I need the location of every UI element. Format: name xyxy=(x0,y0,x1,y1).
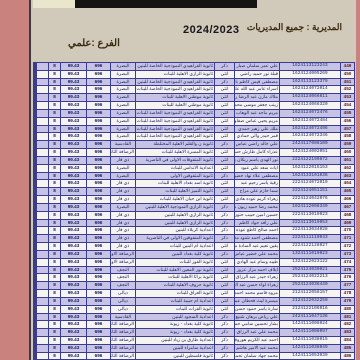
table-row: 4511624113123379مصطفى قيس كاظم باقرذكرثا… xyxy=(34,79,354,87)
cell-governorate: ديالى xyxy=(110,298,135,306)
cell-school: ثانوية براثا الاهلية للبنات xyxy=(135,274,214,282)
cell-gender: انثى xyxy=(214,196,234,204)
cell-exam_number: 2224124051151 xyxy=(279,188,340,196)
cell-blank xyxy=(37,71,48,79)
cell-blank xyxy=(37,329,48,337)
table-row: 4521624124072014اسراء عامر عبد الله عليا… xyxy=(34,86,354,94)
cell-blank xyxy=(37,79,48,87)
cell-name: محمد علي خضير عباس xyxy=(234,251,279,259)
cell-name: قبلة نور حميد راضي xyxy=(234,71,279,79)
cell-gender: ذكر xyxy=(214,227,234,235)
cell-school: ثانوية موطني الاهلية للبنات xyxy=(135,102,214,110)
cell-blank xyxy=(37,149,48,157)
cell-total: 696 xyxy=(86,329,110,337)
table-row: 4802124122106016سارة ياسر حمود حسنانثىثا… xyxy=(34,306,354,314)
cell-exam_number: 2224111110043 xyxy=(279,235,340,243)
cell-total: 696 xyxy=(86,86,110,94)
cell-extra: 8 xyxy=(48,267,60,275)
cell-name: رقية ياسر رحيم عبد xyxy=(234,180,279,188)
cell-serial: 468 xyxy=(340,212,354,220)
cell-school: اعدادية طارق بن زياد للبنين xyxy=(135,337,214,345)
cell-serial: 455 xyxy=(340,110,354,118)
table-row: 4631624133101036مصطفى علاء نهاد خضيرذكرث… xyxy=(34,173,354,181)
cell-extra: 8 xyxy=(48,259,60,267)
cell-serial: 473 xyxy=(340,251,354,259)
cell-governorate: ذي قار xyxy=(110,196,135,204)
cell-gender: انثى xyxy=(214,298,234,306)
cell-serial: 466 xyxy=(340,196,354,204)
cell-governorate: الرصافة الثانية xyxy=(110,337,135,345)
table-row: 4692224113019053علي رافد جواد كاظمذكرثان… xyxy=(34,220,354,228)
cell-school: ثانوية نور المعين الاهلية للبنات xyxy=(135,267,214,275)
cell-gender: انثى xyxy=(214,282,234,290)
table-row: 4541624124066320زينب جعفر موسى محمدانثىث… xyxy=(34,102,354,110)
cell-name: طيبه وسام عبد الهادي سلمان xyxy=(234,259,279,267)
cell-exam_number: 1424111038049 xyxy=(279,345,340,353)
cell-blank xyxy=(37,251,48,259)
cell-name: زينب جعفر موسى محمد xyxy=(234,102,279,110)
cell-school: اعدادية كربلاء للبنين xyxy=(135,227,214,235)
cell-school: ثانوية المتفوقات الاولى في الناصرية xyxy=(135,157,214,165)
cell-extra: 8 xyxy=(48,141,60,149)
cell-exam_number: 1624133101036 xyxy=(279,173,340,181)
cell-average: 99.43 xyxy=(60,220,86,228)
table-row: 4561624124072484مريم يحيى عباس صفاويانثى… xyxy=(34,118,354,126)
cell-serial: 462 xyxy=(340,165,354,173)
cell-average: 99.43 xyxy=(60,282,86,290)
cell-average: 99.43 xyxy=(60,251,86,259)
cell-governorate: البصرة xyxy=(110,63,135,71)
cell-governorate: الرصافة الاولى xyxy=(110,259,135,267)
results-page: المديرية : جميع المديريات 2024/2023 الفر… xyxy=(0,0,360,360)
cell-gender: انثى xyxy=(214,71,234,79)
cell-serial: 484 xyxy=(340,337,354,345)
cell-blank xyxy=(37,274,48,282)
cell-school: ثانوية التميز الاهلية للبنات xyxy=(135,188,214,196)
cell-average: 99.43 xyxy=(60,86,86,94)
cell-governorate: البصرة xyxy=(110,86,135,94)
cell-exam_number: 2524124022213 xyxy=(279,274,340,282)
cell-name: مصطفى احمد شنود مجارح xyxy=(234,235,279,243)
cell-blank xyxy=(37,196,48,204)
cell-governorate: ذي قار xyxy=(110,212,135,220)
cell-average: 99.43 xyxy=(60,141,86,149)
cell-serial: 451 xyxy=(340,79,354,87)
cell-serial: 474 xyxy=(340,259,354,267)
cell-total: 696 xyxy=(86,227,110,235)
cell-governorate: ذي قار xyxy=(110,227,135,235)
cell-serial: 485 xyxy=(340,345,354,353)
cell-serial: 469 xyxy=(340,220,354,228)
results-table: 4491624113123243علي عمر سلمان صبارذكرثان… xyxy=(33,62,355,360)
cell-name: اسراء عامر عبد الله علي xyxy=(234,86,279,94)
cell-name: ايلاف احمد مزار عزوز xyxy=(234,267,279,275)
cell-total: 696 xyxy=(86,274,110,282)
cell-exam_number: 2224113019053 xyxy=(279,220,340,228)
table-row: 4851424111038049محمد عبد الامير هاشم سكر… xyxy=(34,345,354,353)
cell-name: مروه قاسم محمد احمد xyxy=(234,290,279,298)
cell-serial: 483 xyxy=(340,329,354,337)
cell-extra: 8 xyxy=(48,329,60,337)
cell-average: 99.43 xyxy=(60,235,86,243)
cell-blank xyxy=(37,188,48,196)
cell-gender: انثى xyxy=(214,267,234,275)
branch-label: الفرع :علمي xyxy=(68,38,120,49)
cell-school: ثانوية موطني الاهلية للبنات xyxy=(135,94,214,102)
table-row: 4752524124030021ايلاف احمد مزار عزوزانثى… xyxy=(34,267,354,275)
cell-exam_number: 2524124036440 xyxy=(279,282,340,290)
cell-average: 99.43 xyxy=(60,188,86,196)
cell-extra: 8 xyxy=(48,282,60,290)
cell-gender: ذكر xyxy=(214,141,234,149)
cell-blank xyxy=(37,290,48,298)
cell-average: 99.43 xyxy=(60,353,86,360)
table-row: 4831424111008097محمد علي عبد الرزاق عبدذ… xyxy=(34,329,354,337)
cell-gender: انثى xyxy=(214,180,234,188)
cell-extra: 8 xyxy=(48,173,60,181)
cell-exam_number: 2424117008100 xyxy=(279,141,340,149)
cell-exam_number: 2124122106016 xyxy=(279,306,340,314)
cell-total: 696 xyxy=(86,196,110,204)
cell-gender: انثى xyxy=(214,243,234,251)
cell-extra: 8 xyxy=(48,235,60,243)
cell-school: ثانوية الفراهيدي النموذجية الخاصة للبنات xyxy=(135,86,214,94)
cell-school: ثانوية المسرة الاهلية للبنات xyxy=(135,149,214,157)
cell-exam_number: 1624124005269 xyxy=(279,71,340,79)
cell-average: 99.43 xyxy=(60,63,86,71)
cell-school: ثانوية الفرات للبنات xyxy=(135,306,214,314)
cell-exam_number: 1424111038015 xyxy=(279,337,340,345)
cell-average: 99.43 xyxy=(60,212,86,220)
table-row: 4642224124072019رقية ياسر رحيم عبدانثىثا… xyxy=(34,180,354,188)
cell-governorate: البصرة xyxy=(110,79,135,87)
cell-name: يقين نعيم عبد السادة محمد xyxy=(234,243,279,251)
cell-total: 696 xyxy=(86,126,110,134)
cell-gender: انثى xyxy=(214,274,234,282)
cell-governorate: البصرة xyxy=(110,102,135,110)
cell-exam_number: 2224113019023 xyxy=(279,212,340,220)
cell-exam_number: 1424124002051 xyxy=(279,149,340,157)
cell-total: 696 xyxy=(86,212,110,220)
cell-blank xyxy=(37,235,48,243)
cell-school: ثانوية ن والقلم الاهلية المختلطة xyxy=(135,141,214,149)
cell-blank xyxy=(37,306,48,314)
cell-school: ثانوية الرازي النموذجية الاهلية للبنين xyxy=(135,204,214,212)
cell-average: 99.43 xyxy=(60,204,86,212)
cell-blank xyxy=(37,321,48,329)
cell-school: اعدادية سامراء للبنين xyxy=(135,345,214,353)
table-row: 4501624124005269قبلة نور حميد راضيانثىثا… xyxy=(34,71,354,79)
cell-school: ثانوية الفوز للبنات xyxy=(135,259,214,267)
cell-governorate: القادسية xyxy=(110,141,135,149)
cell-blank xyxy=(37,180,48,188)
cell-extra: 8 xyxy=(48,337,60,345)
cell-exam_number: 2224113034028 xyxy=(279,227,340,235)
cell-serial: 453 xyxy=(340,94,354,102)
cell-name: قمر حيدر والي حمادي xyxy=(234,133,279,141)
cell-governorate: البصرة xyxy=(110,126,135,134)
cell-total: 696 xyxy=(86,204,110,212)
cell-extra: 8 xyxy=(48,94,60,102)
cell-exam_number: 2224124072019 xyxy=(279,180,340,188)
cell-school: اعدادية السجود للبنين xyxy=(135,314,214,322)
cell-extra: 8 xyxy=(48,133,60,141)
table-row: 4601424124002051عذراء كامل طارش حسينانثى… xyxy=(34,149,354,157)
cell-exam_number: 1324111019023 xyxy=(279,251,340,259)
table-row: 4682224113019023حسين امين حبيب حنونذكرثا… xyxy=(34,212,354,220)
table-row: 4722224122128027يقين نعيم عبد السادة محم… xyxy=(34,243,354,251)
table-row: 4531624124066611ملاك مازن عبد الرضا رمضا… xyxy=(34,94,354,102)
cell-extra: 8 xyxy=(48,314,60,322)
cell-blank xyxy=(37,133,48,141)
cell-serial: 458 xyxy=(340,133,354,141)
cell-extra: 8 xyxy=(48,220,60,228)
cell-total: 696 xyxy=(86,290,110,298)
table-row: 4621624122015153ايات سعد علي عبودانثىاعد… xyxy=(34,165,354,173)
cell-blank xyxy=(37,298,48,306)
cell-serial: 478 xyxy=(340,290,354,298)
cell-total: 696 xyxy=(86,306,110,314)
cell-name: ميسرة ليث قحطان عبد xyxy=(234,298,279,306)
cell-blank xyxy=(37,126,48,134)
cell-governorate: ذي قار xyxy=(110,220,135,228)
cell-name: مصطفى علاء نهاد خضير xyxy=(234,173,279,181)
cell-average: 99.43 xyxy=(60,165,86,173)
cell-exam_number: 1624113123243 xyxy=(279,63,340,71)
cell-school: ثانوية الفراهيدي النموذجية الخاصة للبنات xyxy=(135,110,214,118)
cell-total: 696 xyxy=(86,173,110,181)
cell-total: 696 xyxy=(86,133,110,141)
cell-governorate: ديالى xyxy=(110,290,135,298)
table-row: 4792124122032250ميسرة ليث قحطان عبدانثىا… xyxy=(34,298,354,306)
cell-average: 99.43 xyxy=(60,306,86,314)
cell-average: 99.43 xyxy=(60,180,86,188)
cell-school: اعدادية ام البنين للبنات xyxy=(135,243,214,251)
table-row: 4812424111047136علي رياض برهان شنيعذكراع… xyxy=(34,314,354,322)
cell-exam_number: 1624124072484 xyxy=(279,118,340,126)
cell-serial: 467 xyxy=(340,204,354,212)
cell-serial: 452 xyxy=(340,86,354,94)
cell-school: ثانوية الرازي الاهلية للبنين xyxy=(135,220,214,228)
cell-serial: 480 xyxy=(340,306,354,314)
cell-gender: انثى xyxy=(214,149,234,157)
cell-school: ثانوية اسد بغداد الاهلية للبنات xyxy=(135,180,214,188)
cell-average: 99.43 xyxy=(60,118,86,126)
cell-name: محمد عبد الامير هاشم سكر xyxy=(234,345,279,353)
cell-extra: 8 xyxy=(48,118,60,126)
cell-average: 99.43 xyxy=(60,259,86,267)
cell-school: ثانوية كلية بغداد للبنين xyxy=(135,251,214,259)
cell-blank xyxy=(37,173,48,181)
cell-governorate: ذي قار xyxy=(110,188,135,196)
cell-school: اعدادية الاندلس للبنات xyxy=(135,165,214,173)
cell-blank xyxy=(37,212,48,220)
cell-extra: 8 xyxy=(48,126,60,134)
cell-name: علي خالد راضي عباس xyxy=(234,141,279,149)
cell-school: ثانوية المتفوقين الاولى في الناصرية xyxy=(135,235,214,243)
cell-extra: 8 xyxy=(48,188,60,196)
cell-governorate: البصرة xyxy=(110,118,135,126)
table-row: 4551624124072476مريم ماجد عبد الوهاب دعد… xyxy=(34,110,354,118)
cell-serial: 471 xyxy=(340,235,354,243)
cell-school: ثانوية كلية بغداد - زيونة xyxy=(135,329,214,337)
table-row: 4731324111019023محمد علي خضير عباسذكرثان… xyxy=(34,251,354,259)
cell-name: علي رياض برهان شنيع xyxy=(234,314,279,322)
cell-extra: 8 xyxy=(48,251,60,259)
cell-extra: 8 xyxy=(48,165,60,173)
cell-gender: ذكر xyxy=(214,314,234,322)
cell-average: 99.43 xyxy=(60,157,86,165)
cell-average: 99.43 xyxy=(60,110,86,118)
cell-blank xyxy=(37,353,48,360)
cell-name: مصطفى قيس كاظم باقر xyxy=(234,79,279,87)
cell-serial: 454 xyxy=(340,102,354,110)
cell-average: 99.43 xyxy=(60,267,86,275)
cell-total: 696 xyxy=(86,321,110,329)
cell-serial: 482 xyxy=(340,321,354,329)
cell-exam_number: 1324122023122 xyxy=(279,259,340,267)
directorate-label: المديرية : جميع المديريات xyxy=(247,22,342,33)
cell-school: ثانوية الفراهيدي النموذجية الخاصة للبنات xyxy=(135,133,214,141)
cell-gender: انثى xyxy=(214,118,234,126)
cell-gender: انثى xyxy=(214,165,234,173)
cell-extra: 8 xyxy=(48,243,60,251)
cell-governorate: البصرة xyxy=(110,94,135,102)
cell-blank xyxy=(37,102,48,110)
cell-blank xyxy=(37,94,48,102)
cell-exam_number: 1624124066320 xyxy=(279,102,340,110)
cell-average: 99.43 xyxy=(60,337,86,345)
cell-serial: 470 xyxy=(340,227,354,235)
cell-gender: انثى xyxy=(214,110,234,118)
cell-average: 99.43 xyxy=(60,126,86,134)
cell-gender: انثى xyxy=(214,188,234,196)
cell-gender: ذكر xyxy=(214,63,234,71)
cell-name: احمد صالح كاطع عوده xyxy=(234,227,279,235)
cell-average: 99.43 xyxy=(60,329,86,337)
cell-average: 99.43 xyxy=(60,298,86,306)
cell-total: 696 xyxy=(86,118,110,126)
table-row: 4762524124022213زهراء حيدر عبد الرزاق كا… xyxy=(34,274,354,282)
table-row: 4861424111053039محمد جهاد سلمان نجمةذكرث… xyxy=(34,353,354,360)
cell-name: محمد رضا حميد زيون محمد xyxy=(234,204,279,212)
cell-serial: 486 xyxy=(340,353,354,360)
cell-average: 99.43 xyxy=(60,102,86,110)
cell-total: 696 xyxy=(86,165,110,173)
cell-total: 696 xyxy=(86,157,110,165)
cell-governorate: النجف xyxy=(110,282,135,290)
cell-gender: انثى xyxy=(214,102,234,110)
cell-name: علي رافد جواد كاظم xyxy=(234,220,279,228)
cell-school: ثانوية الرازي الاهلية للبنين xyxy=(135,212,214,220)
cell-serial: 465 xyxy=(340,188,354,196)
cell-school: ثانوية المتفوقين الاولى xyxy=(135,173,214,181)
cell-school: ثانوية الفراهيدي النموذجية الخاصة للبنين xyxy=(135,79,214,87)
cell-total: 696 xyxy=(86,282,110,290)
cell-serial: 456 xyxy=(340,118,354,126)
cell-blank xyxy=(37,86,48,94)
cell-average: 99.43 xyxy=(60,94,86,102)
cell-total: 696 xyxy=(86,345,110,353)
cell-blank xyxy=(37,110,48,118)
table-row: 4662224124042076زهراء كريم عوده هاديانثى… xyxy=(34,196,354,204)
cell-blank xyxy=(37,259,48,267)
cell-gender: ذكر xyxy=(214,345,234,353)
cell-extra: 8 xyxy=(48,63,60,71)
cell-gender: ذكر xyxy=(214,251,234,259)
cell-gender: انثى xyxy=(214,290,234,298)
table-row: 4712224111110043مصطفى احمد شنود مجارحذكر… xyxy=(34,235,354,243)
cell-total: 696 xyxy=(86,71,110,79)
table-row: 4702224113034028احمد صالح كاطع عودهذكراع… xyxy=(34,227,354,235)
cell-governorate: النجف xyxy=(110,267,135,275)
cell-gender: انثى xyxy=(214,86,234,94)
cell-serial: 459 xyxy=(340,141,354,149)
cell-gender: انثى xyxy=(214,94,234,102)
cell-total: 696 xyxy=(86,102,110,110)
cell-gender: ذكر xyxy=(214,337,234,345)
cell-school: ثانوية حروف الاهلية للبنات xyxy=(135,282,214,290)
cell-extra: 8 xyxy=(48,110,60,118)
cell-total: 696 xyxy=(86,79,110,87)
cell-total: 696 xyxy=(86,243,110,251)
cell-gender: انثى xyxy=(214,306,234,314)
cell-blank xyxy=(37,282,48,290)
cell-serial: 472 xyxy=(340,243,354,251)
cell-gender: ذكر xyxy=(214,212,234,220)
cell-name: زهراء حيدر عبد الرزاق كاظم xyxy=(234,274,279,282)
cell-total: 696 xyxy=(86,259,110,267)
cell-school: ثانوية ابن حيان الاهلية للبنات xyxy=(135,196,214,204)
cell-governorate: ديالى xyxy=(110,306,135,314)
table-row: 4612224122199872نور الهدى باسم ريكان بعي… xyxy=(34,157,354,165)
table-row: 4571624124072496ملك علي زهير حمديانثىثان… xyxy=(34,126,354,134)
cell-average: 99.43 xyxy=(60,71,86,79)
cell-extra: 8 xyxy=(48,290,60,298)
cell-serial: 463 xyxy=(340,173,354,181)
cell-total: 696 xyxy=(86,314,110,322)
cell-total: 696 xyxy=(86,298,110,306)
cell-exam_number: 1624124072476 xyxy=(279,110,340,118)
cell-blank xyxy=(37,345,48,353)
cell-governorate: الرصافة الاولى xyxy=(110,251,135,259)
cell-exam_number: 1624122015153 xyxy=(279,165,340,173)
table-row: 4841424111038015احمد عبد الكريم هوروفذكر… xyxy=(34,337,354,345)
cell-blank xyxy=(37,63,48,71)
cell-exam_number: 1624124066611 xyxy=(279,94,340,102)
school-year-label: 2024/2023 xyxy=(183,24,240,36)
cell-name: نور الهدى باسم ريكان بعيج xyxy=(234,157,279,165)
cell-name: حسين امين حبيب حنون xyxy=(234,212,279,220)
cell-exam_number: 1424111008097 xyxy=(279,329,340,337)
cell-gender: ذكر xyxy=(214,173,234,181)
cell-gender: ذكر xyxy=(214,79,234,87)
cell-gender: ذكر xyxy=(214,321,234,329)
cell-exam_number: 2224122199872 xyxy=(279,157,340,165)
cell-extra: 8 xyxy=(48,306,60,314)
cell-name: بشار تحسين سامي حمودي xyxy=(234,321,279,329)
cell-extra: 8 xyxy=(48,298,60,306)
table-row: 4741324122023122طيبه وسام عبد الهادي سلم… xyxy=(34,259,354,267)
cell-name: زهراء كريم عوده هادي xyxy=(234,196,279,204)
cell-serial: 460 xyxy=(340,149,354,157)
cell-school: ثانوية الفراهيدي النموذجية الخاصة للبنين xyxy=(135,63,214,71)
cell-governorate: الرصافة الثانية xyxy=(110,329,135,337)
cell-serial: 450 xyxy=(340,71,354,79)
cell-average: 99.43 xyxy=(60,149,86,157)
cell-exam_number: 1424111008024 xyxy=(279,321,340,329)
cell-governorate: ذي قار xyxy=(110,157,135,165)
